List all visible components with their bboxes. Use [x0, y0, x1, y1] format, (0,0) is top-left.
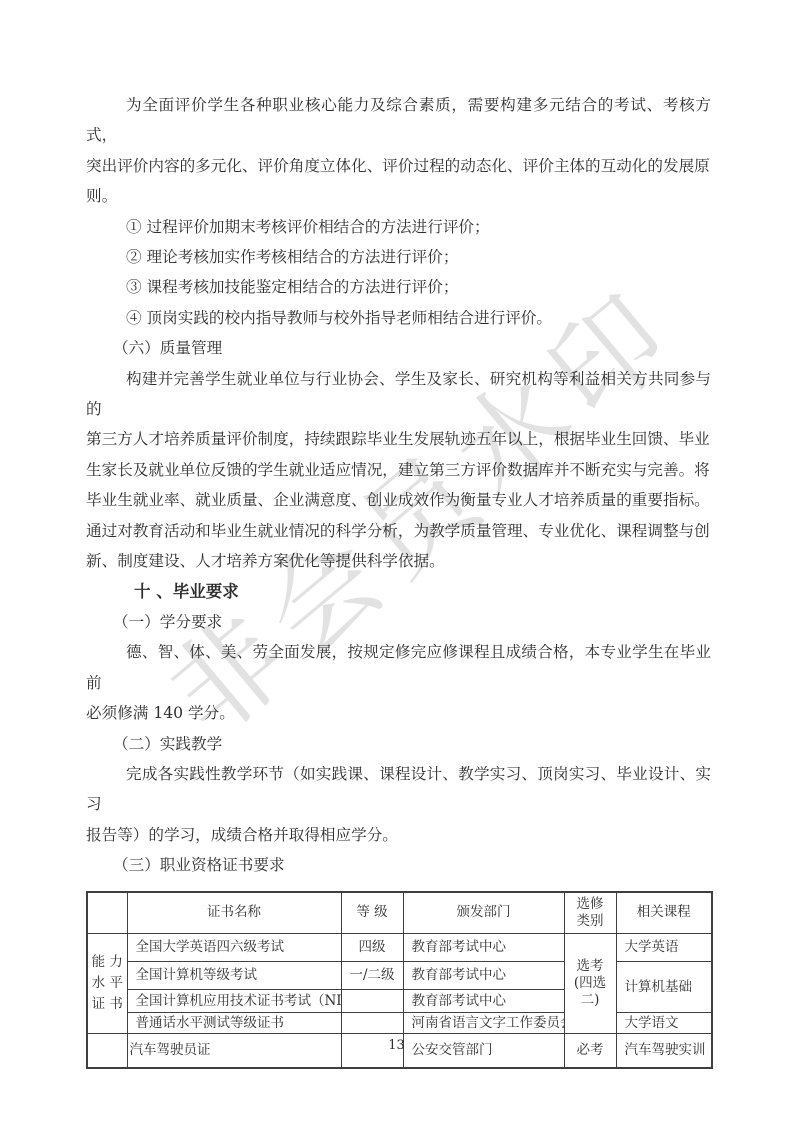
table-row: 全国计算机等级考试 一/二级 教育部考试中心 计算机基础 [87, 962, 712, 990]
section-title-quality-management: （六）质量管理 [86, 333, 711, 363]
list-item-internship-evaluation: ④ 顶岗实践的校内指导教师与校外指导老师相结合进行评价。 [86, 303, 711, 333]
level-cell: 一/二级 [341, 962, 403, 990]
table-row: 普通话水平测试等级证书 河南省语言文字工作委员会 大学语文 [87, 1013, 712, 1034]
header-cert-name: 证书名称 [127, 892, 341, 934]
paragraph-practical-teaching: 完成各实践性教学环节（如实践课、课程设计、教学实习、顶岗实习、毕业设计、实习 报… [86, 759, 711, 850]
table-row: 能 力 水 平 证 书 全国大学英语四六级考试 四级 教育部考试中心 选考 (四… [87, 934, 712, 962]
cert-name-cell: 全国计算机等级考试 [127, 962, 341, 990]
section-title-practical-teaching: （二）实践教学 [86, 729, 711, 759]
header-related-course: 相关课程 [616, 892, 712, 934]
cert-name-cell: 普通话水平测试等级证书 [127, 1013, 341, 1034]
cert-name-cell: 全国计算机应用技术证书考试（NIT） [127, 990, 341, 1013]
paragraph-evaluation-methods: 为全面评价学生各种职业核心能力及综合素质，需要构建多元结合的考试、考核方式， 突… [86, 90, 711, 212]
header-level: 等 级 [341, 892, 403, 934]
issuer-cell: 教育部考试中心 [403, 990, 564, 1013]
related-course-cell: 大学语文 [616, 1013, 712, 1034]
list-item-course-evaluation: ③ 课程考核加技能鉴定相结合的方法进行评价； [86, 272, 711, 302]
elective-category-cell: 选考 (四选 二) [564, 934, 616, 1034]
level-cell [341, 1013, 403, 1034]
header-empty-cell [87, 892, 127, 934]
level-cell: 四级 [341, 934, 403, 962]
related-course-cell: 计算机基础 [616, 962, 712, 1013]
cert-name-cell: 全国大学英语四六级考试 [127, 934, 341, 962]
section-title-certificate-requirements: （三）职业资格证书要求 [86, 850, 711, 880]
document-page: { "watermark": "非会员水印", "page_number": "… [0, 0, 793, 1122]
page-number: 13 [0, 1038, 793, 1053]
heading-graduation-requirements: 十 、毕业要求 [86, 577, 711, 607]
section-title-credit-requirements: （一）学分要求 [86, 607, 711, 637]
paragraph-quality-management: 构建并完善学生就业单位与行业协会、学生及家长、研究机构等利益相关方共同参与的 第… [86, 364, 711, 577]
row-group-label: 能 力 水 平 证 书 [87, 934, 127, 1034]
header-issuer: 颁发部门 [403, 892, 564, 934]
issuer-cell: 河南省语言文字工作委员会 [403, 1013, 564, 1034]
list-item-theory-evaluation: ② 理论考核加实作考核相结合的方法进行评价； [86, 242, 711, 272]
page-content: 为全面评价学生各种职业核心能力及综合素质，需要构建多元结合的考试、考核方式， 突… [86, 90, 711, 1069]
table-header-row: 证书名称 等 级 颁发部门 选修 类别 相关课程 [87, 892, 712, 934]
issuer-cell: 教育部考试中心 [403, 962, 564, 990]
header-elective-category: 选修 类别 [564, 892, 616, 934]
related-course-cell: 大学英语 [616, 934, 712, 962]
paragraph-credit-requirements: 德、智、体、美、劳全面发展，按规定修完应修课程且成绩合格，本专业学生在毕业前 必… [86, 637, 711, 728]
list-item-process-evaluation: ① 过程评价加期末考核评价相结合的方法进行评价； [86, 212, 711, 242]
issuer-cell: 教育部考试中心 [403, 934, 564, 962]
level-cell [341, 990, 403, 1013]
